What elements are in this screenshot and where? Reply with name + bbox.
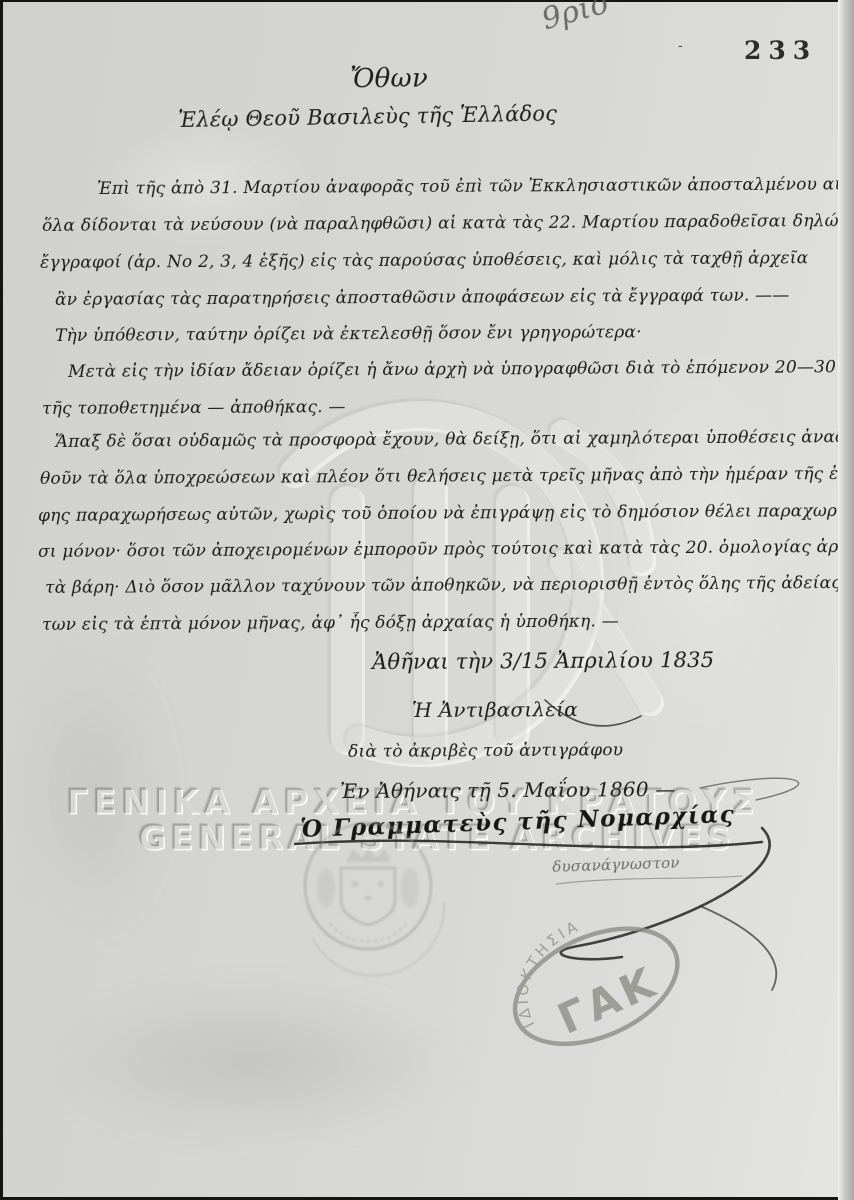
manuscript-line: των εἰς τὰ ἑπτὰ μόνον μῆνας, ἀφ᾽ ἧς δόξῃ…	[42, 611, 619, 635]
regency-line: Ἡ Ἀντιβασιλεία	[412, 697, 578, 722]
dateline-1835: Ἀθῆναι τὴν 3/15 Ἀπριλίου 1835	[372, 648, 714, 674]
certification-line: διὰ τὸ ἀκριβὲς τοῦ ἀντιγράφου	[348, 740, 623, 762]
paper-stain	[43, 982, 463, 1142]
folio-dash: -	[678, 38, 683, 54]
manuscript-line: Τὴν ὑπόθεσιν, ταύτην ὁρίζει νὰ ἐκτελεσθῇ…	[55, 322, 642, 346]
dateline-1860: Ἐν Ἀθήναις τῇ 5. Μαΐου 1860 —	[340, 777, 676, 803]
heading-otto: Ὄθων	[350, 64, 428, 94]
page-number: 233	[744, 36, 817, 65]
document-scan: ΓΕΝΙΚΑ ΑΡΧΕΙΑ ΤΟΥ ΚΡΑΤΟΥΣ GENERAL STATE …	[0, 0, 854, 1200]
scan-edge	[838, 0, 854, 1200]
manuscript-line: τῆς τοποθετημένα — ἀποθήκας. —	[42, 397, 346, 419]
